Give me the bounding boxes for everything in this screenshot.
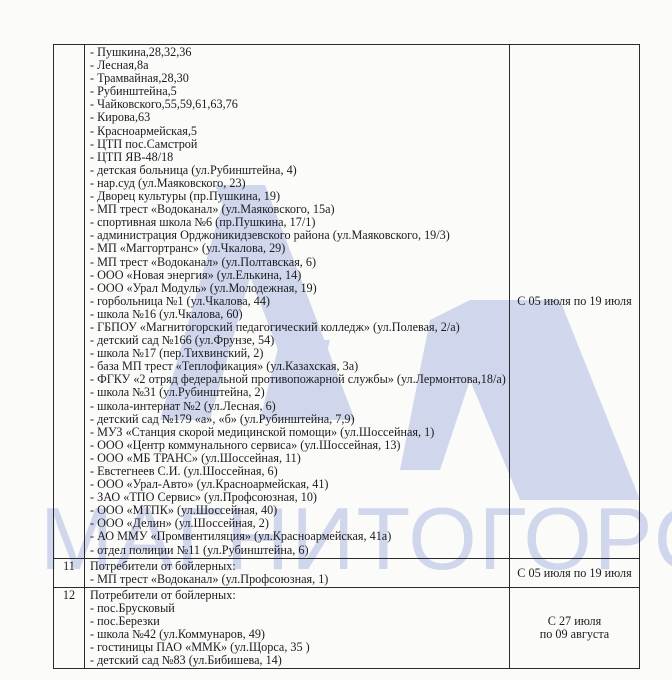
shutoff-schedule-table: - Пушкина,28,32,36- Лесная,8а- Трамвайна… <box>53 44 640 669</box>
shutoff-period: С 27 июляпо 09 августа <box>510 587 640 669</box>
consumer-list: Потребители от бойлерных:- МП трест «Вод… <box>85 558 510 587</box>
list-item: Потребители от бойлерных: <box>90 589 507 602</box>
list-item: - Чайковского,55,59,61,63,76 <box>90 98 507 111</box>
list-item: - МП «Маггортранс» (ул.Чкалова, 29) <box>90 242 507 255</box>
consumer-list: - Пушкина,28,32,36- Лесная,8а- Трамвайна… <box>85 45 510 559</box>
list-item: - ЦТП пос.Самстрой <box>90 138 507 151</box>
list-item: - ООО «Новая энергия» (ул.Елькина, 14) <box>90 269 507 282</box>
list-item: - Пушкина,28,32,36 <box>90 46 507 59</box>
list-item: - ООО «Центр коммунального сервиса» (ул.… <box>90 439 507 452</box>
period-text: С 05 июля по 19 июля <box>510 567 639 580</box>
list-item: - отдел полиции №11 (ул.Рубинштейна, 6) <box>90 544 507 557</box>
list-item: - ЦТП ЯВ-48/18 <box>90 151 507 164</box>
list-item: - школа №16 (ул.Чкалова, 60) <box>90 308 507 321</box>
list-item: - горбольница №1 (ул.Чкалова, 44) <box>90 295 507 308</box>
table-row: - Пушкина,28,32,36- Лесная,8а- Трамвайна… <box>54 45 640 559</box>
list-item: - Кирова,63 <box>90 111 507 124</box>
table-row: 12 Потребители от бойлерных:- пос.Бруско… <box>54 587 640 669</box>
shutoff-period: С 05 июля по 19 июля <box>510 45 640 559</box>
list-item: - Красноармейская,5 <box>90 125 507 138</box>
period-text: по 09 августа <box>510 628 639 641</box>
row-number <box>54 45 85 559</box>
list-item: - ООО «Урал Модуль» (ул.Молодежная, 19) <box>90 282 507 295</box>
list-item: - МП трест «Водоканал» (ул.Полтавская, 6… <box>90 256 507 269</box>
period-text: С 05 июля по 19 июля <box>510 295 639 308</box>
list-item: - школа №31 (ул.Рубинштейна, 2) <box>90 386 507 399</box>
table-row: 11 Потребители от бойлерных:- МП трест «… <box>54 558 640 587</box>
consumer-list: Потребители от бойлерных:- пос.Брусковый… <box>85 587 510 669</box>
list-item: - детский сад №83 (ул.Бибишева, 14) <box>90 654 507 667</box>
row-number: 11 <box>54 558 85 587</box>
list-item: - детский сад №179 «а», «б» (ул.Рубинште… <box>90 413 507 426</box>
list-item: - МУЗ «Станция скорой медицинской помощи… <box>90 426 507 439</box>
list-item: - АО ММУ «Промвентиляция» (ул.Красноарме… <box>90 530 507 543</box>
list-item: Потребители от бойлерных: <box>90 560 507 573</box>
list-item: - школа-интернат №2 (ул.Лесная, 6) <box>90 400 507 413</box>
shutoff-period: С 05 июля по 19 июля <box>510 558 640 587</box>
row-number: 12 <box>54 587 85 669</box>
list-item: - МП трест «Водоканал» (ул.Профсоюзная, … <box>90 573 507 586</box>
list-item: - детская больница (ул.Рубинштейна, 4) <box>90 164 507 177</box>
